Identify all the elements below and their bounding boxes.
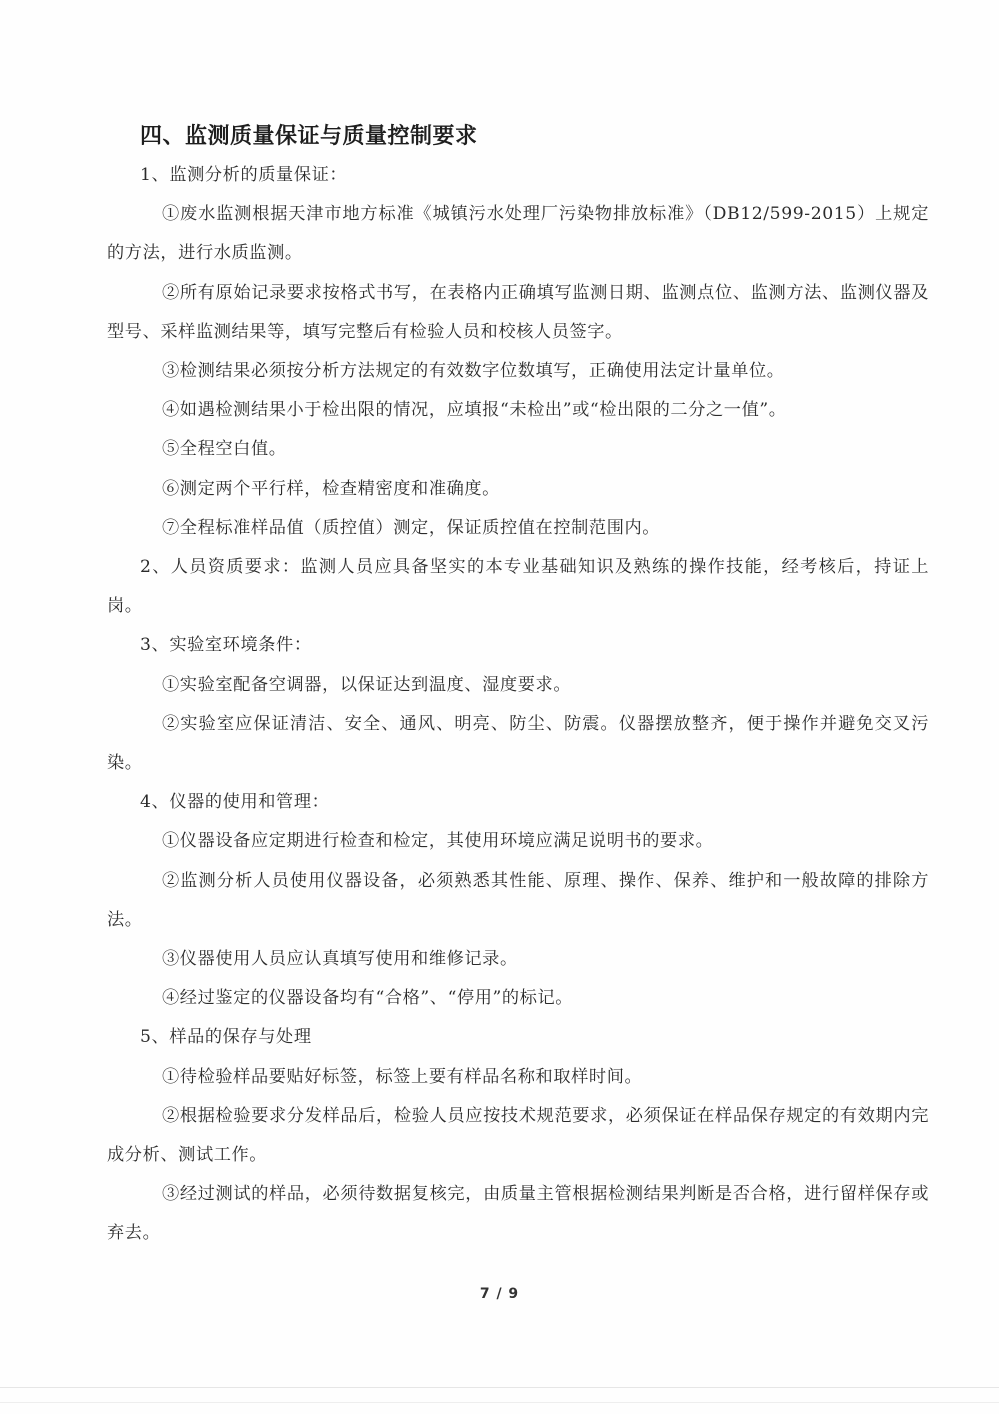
list-item: ②监测分析人员使用仪器设备，必须熟悉其性能、原理、操作、保养、维护和一般故障的排…: [107, 862, 929, 940]
list-item: ④如遇检测结果小于检出限的情况，应填报“未检出”或“检出限的二分之一值”。: [107, 391, 929, 430]
document-page: 四、监测质量保证与质量控制要求 1、监测分析的质量保证： ①废水监测根据天津市地…: [0, 0, 999, 1414]
list-item: ⑥测定两个平行样，检查精密度和准确度。: [107, 470, 929, 509]
list-item: ①待检验样品要贴好标签，标签上要有样品名称和取样时间。: [107, 1058, 929, 1097]
list-item: ②根据检验要求分发样品后，检验人员应按技术规范要求，必须保证在样品保存规定的有效…: [107, 1097, 929, 1175]
subsection-title-2: 2、人员资质要求：监测人员应具备坚实的本专业基础知识及熟练的操作技能，经考核后，…: [107, 548, 929, 626]
page-number: 7 / 9: [0, 1286, 999, 1302]
list-item: ①仪器设备应定期进行检查和检定，其使用环境应满足说明书的要求。: [107, 822, 929, 861]
list-item: ③经过测试的样品，必须待数据复核完，由质量主管根据检测结果判断是否合格，进行留样…: [107, 1175, 929, 1253]
list-item: ②所有原始记录要求按格式书写，在表格内正确填写监测日期、监测点位、监测方法、监测…: [107, 274, 929, 352]
scan-edge-line: [0, 1387, 999, 1388]
list-item: ④经过鉴定的仪器设备均有“合格”、“停用”的标记。: [107, 979, 929, 1018]
subsection-title-4: 4、仪器的使用和管理：: [107, 783, 929, 822]
list-item: ②实验室应保证清洁、安全、通风、明亮、防尘、防震。仪器摆放整齐，便于操作并避免交…: [107, 705, 929, 783]
list-item: ③检测结果必须按分析方法规定的有效数字位数填写，正确使用法定计量单位。: [107, 352, 929, 391]
scan-edge-line: [0, 1402, 999, 1403]
subsection-title-5: 5、样品的保存与处理: [107, 1018, 929, 1057]
list-item: ⑤全程空白值。: [107, 430, 929, 469]
subsection-title-1: 1、监测分析的质量保证：: [107, 156, 929, 195]
subsection-title-3: 3、实验室环境条件：: [107, 626, 929, 665]
list-item: ①废水监测根据天津市地方标准《城镇污水处理厂污染物排放标准》（DB12/599-…: [107, 195, 929, 273]
list-item: ①实验室配备空调器，以保证达到温度、湿度要求。: [107, 666, 929, 705]
list-item: ③仪器使用人员应认真填写使用和维修记录。: [107, 940, 929, 979]
section-heading: 四、监测质量保证与质量控制要求: [140, 118, 929, 156]
document-body: 四、监测质量保证与质量控制要求 1、监测分析的质量保证： ①废水监测根据天津市地…: [107, 118, 929, 1254]
list-item: ⑦全程标准样品值（质控值）测定，保证质控值在控制范围内。: [107, 509, 929, 548]
